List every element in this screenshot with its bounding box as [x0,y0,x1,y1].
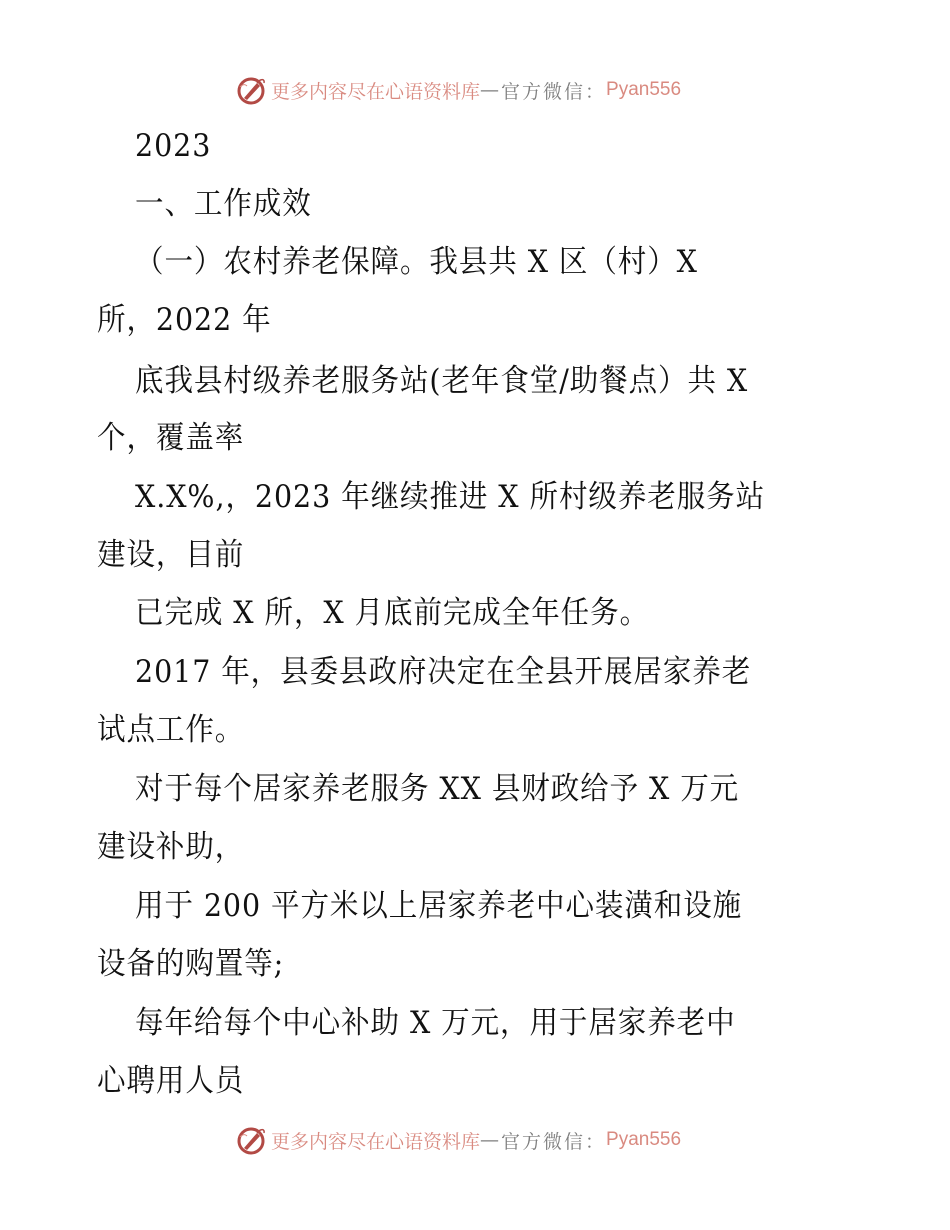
paragraph-line: 所，2022 年 [97,300,272,340]
paragraph-line: 建设，目前 [97,535,244,575]
watermark-dash: — [480,79,501,101]
paragraph-line: 设备的购置等; [97,944,284,984]
paragraph-line: 试点工作。 [97,710,244,750]
watermark-wechat-label: 官方微信： [501,1127,606,1154]
quill-pen-logo-icon [235,74,267,106]
quill-pen-logo-icon [235,1124,267,1156]
paragraph-line: 对于每个居家养老服务 XX 县财政给予 X 万元 [135,769,739,809]
paragraph-line: 个，覆盖率 [97,418,244,458]
footer-watermark: 更多内容尽在心语资料库 — 官方微信： Pyan556 [235,1122,681,1158]
paragraph-line: X.X%,，2023 年继续推进 X 所村级养老服务站 [135,477,765,517]
paragraph-line: 建设补助， [97,827,244,867]
watermark-wechat-id: Pyan556 [606,79,681,101]
section-heading: 一、工作成效 [135,184,312,224]
document-year-line: 2023 [135,126,211,166]
watermark-dash: — [480,1129,501,1151]
paragraph-line: 用于 200 平方米以上居家养老中心装潢和设施 [135,886,742,926]
paragraph-line: （一）农村养老保障。我县共 X 区（村）X [135,242,698,282]
watermark-site-text: 更多内容尽在心语资料库 [271,1127,480,1154]
paragraph-line: 底我县村级养老服务站(老年食堂/助餐点）共 X [135,361,748,401]
watermark-wechat-label: 官方微信： [501,77,606,104]
watermark-wechat-id: Pyan556 [606,1129,681,1151]
watermark-site-text: 更多内容尽在心语资料库 [271,77,480,104]
header-watermark: 更多内容尽在心语资料库 — 官方微信： Pyan556 [235,72,681,108]
paragraph-line: 已完成 X 所，X 月底前完成全年任务。 [135,593,649,633]
paragraph-line: 2017 年，县委县政府决定在全县开展居家养老 [135,652,751,692]
paragraph-line: 心聘用人员 [97,1061,244,1101]
paragraph-line: 每年给每个中心补助 X 万元，用于居家养老中 [135,1003,736,1043]
